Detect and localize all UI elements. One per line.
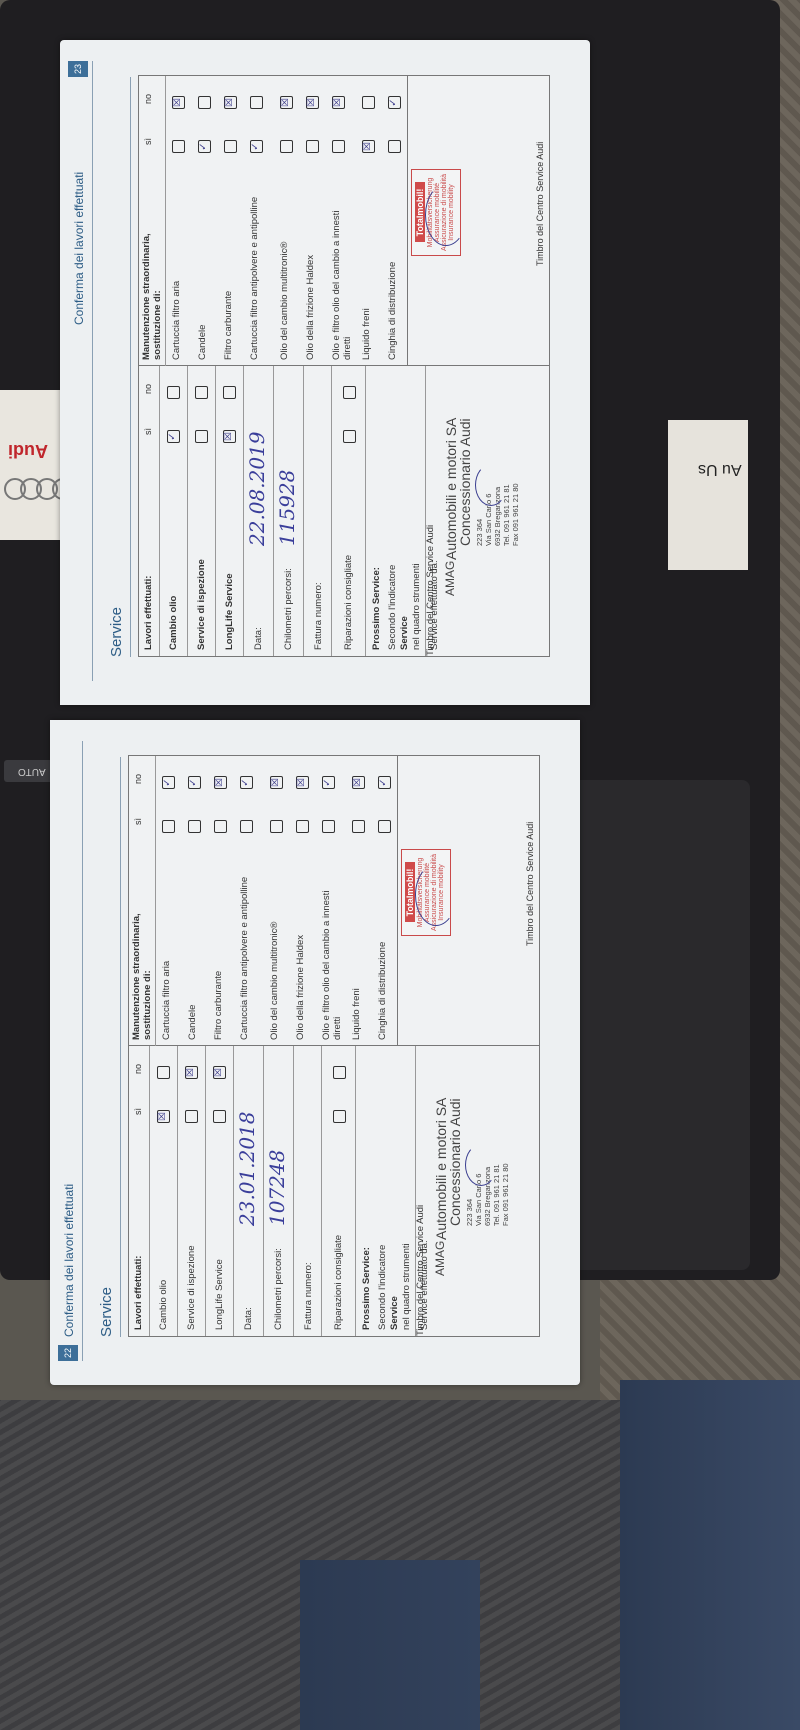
maintenance-row: Cartuccia filtro antipolvere e antipolli…	[233, 756, 263, 1046]
maintenance-row: Olio e filtro olio del cambio a innesti …	[315, 756, 345, 1046]
maintenance-column: Manutenzione straordinaria, sostituzione…	[129, 756, 539, 1046]
maintenance-label: Olio del cambio multitronic®	[269, 870, 280, 1040]
maintenance-row: Olio della frizione Haldex☒	[289, 756, 315, 1046]
si-checkbox[interactable]	[195, 430, 208, 443]
maintenance-label: Olio della frizione Haldex	[305, 190, 316, 360]
work-header-label: Lavori effettuati:	[133, 1256, 144, 1330]
repairs-label: Riparazioni consigliate	[343, 555, 354, 650]
si-checkbox[interactable]	[306, 140, 319, 153]
signature-scribble	[465, 1144, 497, 1186]
no-checkbox[interactable]: ✓	[188, 776, 201, 789]
table-header: Lavori effettuati:sìno	[129, 1046, 150, 1336]
service-stamp-area: Totalmobil!MobilitätsversicherungAssuran…	[401, 766, 469, 1036]
field-row: Chilometri percorsi:107248	[263, 1046, 294, 1336]
si-checkbox[interactable]	[352, 820, 365, 833]
field-row: Fattura numero:	[293, 1046, 322, 1336]
no-header: no	[143, 94, 153, 104]
no-checkbox[interactable]	[157, 1066, 170, 1079]
no-checkbox[interactable]	[362, 96, 375, 109]
field-row: Riparazioni consigliate	[331, 366, 366, 656]
si-checkbox[interactable]	[280, 140, 293, 153]
no-checkbox[interactable]: ✓	[240, 776, 253, 789]
no-checkbox[interactable]: ☒	[185, 1066, 198, 1079]
maintenance-label: Cartuccia filtro antipolvere e antipolli…	[249, 190, 260, 360]
maintenance-row: Candele✓	[191, 76, 217, 366]
maintenance-column: Manutenzione straordinaria, sostituzione…	[139, 76, 549, 366]
si-checkbox[interactable]: ✓	[198, 140, 211, 153]
dealer-subtitle: Concessionario Audi	[457, 418, 473, 546]
maintenance-label: Olio e filtro olio del cambio a innesti …	[331, 190, 353, 360]
maintenance-label: Filtro carburante	[223, 190, 234, 360]
mileage-value: 107248	[265, 1150, 289, 1226]
maintenance-label: Cartuccia filtro antipolvere e antipolli…	[239, 870, 250, 1040]
work-label: Service di ispezione	[196, 559, 207, 650]
stamp-divider	[397, 756, 398, 1046]
maintenance-row: Cinghia di distribuzione✓	[381, 76, 407, 366]
date-label: Data:	[253, 627, 264, 650]
service-stamp-area: Totalmobil!MobilitätsversicherungAssuran…	[411, 86, 479, 356]
service-label: Service	[389, 1296, 400, 1330]
no-checkbox[interactable]: ☒	[224, 96, 237, 109]
si-checkbox[interactable]	[240, 820, 253, 833]
service-table: Lavori effettuati:sìnoCambio olio☒Servic…	[128, 755, 540, 1337]
maintenance-row: Candele✓	[181, 756, 207, 1046]
no-checkbox[interactable]	[250, 96, 263, 109]
section-title: Service	[108, 607, 125, 657]
maintenance-row: Olio del cambio multitronic®☒	[263, 756, 289, 1046]
repairs-si-checkbox[interactable]	[333, 1110, 346, 1123]
work-label: LongLife Service	[214, 1259, 225, 1330]
work-column: Lavori effettuati:sìnoCambio olio✓Servic…	[139, 365, 549, 656]
stamp-caption: Timbro del Centro Service Audi	[525, 822, 535, 946]
section-rule	[120, 757, 121, 1337]
si-checkbox[interactable]	[172, 140, 185, 153]
no-checkbox[interactable]: ✓	[322, 776, 335, 789]
si-checkbox[interactable]	[296, 820, 309, 833]
si-checkbox[interactable]	[185, 1110, 198, 1123]
repairs-label: Riparazioni consigliate	[333, 1235, 344, 1330]
repairs-no-checkbox[interactable]	[333, 1066, 346, 1079]
maintenance-row: Cartuccia filtro antipolvere e antipolli…	[243, 76, 273, 366]
field-row: Chilometri percorsi:115928	[273, 366, 304, 656]
section-rule	[130, 77, 131, 657]
maintenance-row: Olio e filtro olio del cambio a innesti …	[325, 76, 355, 366]
work-row: Service di ispezione☒	[177, 1046, 206, 1336]
header-rule	[92, 61, 93, 681]
dealer-subtitle: Concessionario Audi	[447, 1098, 463, 1226]
si-checkbox[interactable]	[162, 820, 175, 833]
si-checkbox[interactable]	[270, 820, 283, 833]
maintenance-label: Olio del cambio multitronic®	[279, 190, 290, 360]
si-checkbox[interactable]: ✓	[250, 140, 263, 153]
work-label: LongLife Service	[224, 573, 235, 650]
si-checkbox[interactable]	[332, 140, 345, 153]
no-checkbox[interactable]: ☒	[352, 776, 365, 789]
si-checkbox[interactable]: ☒	[157, 1110, 170, 1123]
page-left: Conferma dei lavori effettuati22ServiceL…	[50, 720, 580, 1385]
mileage-value: 115928	[275, 470, 299, 546]
page-header: Conferma dei lavori effettuati	[72, 172, 86, 325]
work-row: LongLife Service☒	[205, 1046, 234, 1336]
person-leg-2	[300, 1560, 480, 1730]
page-header: Conferma dei lavori effettuati	[62, 1184, 76, 1337]
maintenance-label: Candele	[187, 870, 198, 1040]
page-right: Conferma dei lavori effettuati23ServiceL…	[60, 40, 590, 705]
work-header-label: Lavori effettuati:	[143, 576, 154, 650]
no-checkbox[interactable]	[167, 386, 180, 399]
maintenance-header-label: Manutenzione straordinaria, sostituzione…	[131, 870, 153, 1040]
maintenance-row: Olio della frizione Haldex☒	[299, 76, 325, 366]
no-checkbox[interactable]: ✓	[388, 96, 401, 109]
field-row: Data:22.08.2019	[243, 366, 274, 656]
no-checkbox[interactable]: ☒	[270, 776, 283, 789]
maintenance-header-label: Manutenzione straordinaria, sostituzione…	[141, 190, 163, 360]
table-header: Lavori effettuati:sìno	[139, 366, 160, 656]
no-checkbox[interactable]: ☒	[280, 96, 293, 109]
invoice-label: Fattura numero:	[313, 582, 324, 650]
maintenance-row: Cartuccia filtro aria☒	[165, 76, 191, 366]
work-column: Lavori effettuati:sìnoCambio olio☒Servic…	[129, 1045, 539, 1336]
maintenance-header: Manutenzione straordinaria, sostituzione…	[139, 76, 166, 366]
si-checkbox[interactable]	[188, 820, 201, 833]
repairs-si-checkbox[interactable]	[343, 430, 356, 443]
no-checkbox[interactable]: ☒	[214, 776, 227, 789]
work-row: LongLife Service☒	[215, 366, 244, 656]
no-checkbox[interactable]: ✓	[162, 776, 175, 789]
side-card: Au Us	[668, 420, 748, 570]
si-checkbox[interactable]: ☒	[223, 430, 236, 443]
si-checkbox[interactable]	[224, 140, 237, 153]
si-checkbox[interactable]: ✓	[167, 430, 180, 443]
dashboard-label: nel quadro strumenti	[401, 1243, 412, 1330]
dealer-brand: AMAG	[433, 1241, 447, 1276]
work-label: Cambio olio	[168, 596, 179, 650]
signature-scribble	[415, 864, 457, 926]
repairs-no-checkbox[interactable]	[343, 386, 356, 399]
address-line: Fax 091 961 21 80	[501, 1163, 510, 1226]
work-row: Cambio olio✓	[159, 366, 188, 656]
section-title: Service	[98, 1287, 115, 1337]
no-checkbox[interactable]: ☒	[296, 776, 309, 789]
si-checkbox[interactable]: ☒	[362, 140, 375, 153]
no-checkbox[interactable]: ☒	[213, 1066, 226, 1079]
dashboard-label: nel quadro strumenti	[411, 563, 422, 650]
si-header: sì	[133, 818, 143, 825]
field-row: Fattura numero:	[303, 366, 332, 656]
stamp-name: Totalmobil!	[415, 183, 425, 243]
service-table: Lavori effettuati:sìnoCambio olio✓Servic…	[138, 75, 550, 657]
page-number: 22	[58, 1345, 78, 1361]
no-checkbox[interactable]	[223, 386, 236, 399]
maintenance-label: Filtro carburante	[213, 870, 224, 1040]
maintenance-row: Filtro carburante☒	[207, 756, 233, 1046]
maintenance-label: Olio e filtro olio del cambio a innesti …	[321, 870, 343, 1040]
next-service-label: Prossimo Service:	[371, 567, 382, 650]
si-header: sì	[143, 138, 153, 145]
si-checkbox[interactable]	[378, 820, 391, 833]
no-checkbox[interactable]	[198, 96, 211, 109]
date-label: Data:	[243, 1307, 254, 1330]
maintenance-label: Olio della frizione Haldex	[295, 870, 306, 1040]
invoice-label: Fattura numero:	[303, 1262, 314, 1330]
work-label: Cambio olio	[158, 1280, 169, 1330]
field-row: Riparazioni consigliate	[321, 1046, 356, 1336]
maintenance-row: Liquido freni☒	[355, 76, 381, 366]
mileage-label: Chilometri percorsi:	[283, 568, 294, 650]
no-checkbox[interactable]: ☒	[306, 96, 319, 109]
stamp-divider	[407, 76, 408, 366]
maintenance-label: Cartuccia filtro aria	[171, 190, 182, 360]
maintenance-row: Cartuccia filtro aria✓	[155, 756, 181, 1046]
indicator-label: Secondo l'indicatore	[387, 565, 398, 650]
maintenance-label: Liquido freni	[361, 190, 372, 360]
indicator-label: Secondo l'indicatore	[377, 1245, 388, 1330]
stamp-caption: Timbro del Centro Service Audi	[535, 142, 545, 266]
work-row: Service di ispezione	[187, 366, 216, 656]
maintenance-row: Liquido freni☒	[345, 756, 371, 1046]
stamp-name: Totalmobil!	[405, 863, 415, 923]
maintenance-label: Cinghia di distribuzione	[377, 870, 388, 1040]
next-service-row: Prossimo Service:Secondo l'indicatoreSer…	[355, 1046, 416, 1336]
no-header: no	[133, 1064, 143, 1074]
maintenance-label: Liquido freni	[351, 870, 362, 1040]
service-label: Service	[399, 616, 410, 650]
si-checkbox[interactable]	[322, 820, 335, 833]
no-checkbox[interactable]: ☒	[332, 96, 345, 109]
si-header: sì	[133, 1108, 143, 1115]
maintenance-header: Manutenzione straordinaria, sostituzione…	[129, 756, 156, 1046]
address-line: Fax 091 961 21 80	[511, 483, 520, 546]
date-value: 22.08.2019	[245, 431, 269, 546]
maintenance-row: Cinghia di distribuzione✓	[371, 756, 397, 1046]
si-checkbox[interactable]	[388, 140, 401, 153]
next-service-label: Prossimo Service:	[361, 1247, 372, 1330]
no-checkbox[interactable]: ☒	[172, 96, 185, 109]
signature-scribble	[425, 184, 467, 246]
maintenance-label: Cinghia di distribuzione	[387, 190, 398, 360]
field-row: Data:23.01.2018	[233, 1046, 264, 1336]
no-header: no	[143, 384, 153, 394]
dealer-brand: AMAG	[443, 561, 457, 596]
next-service-row: Prossimo Service:Secondo l'indicatoreSer…	[365, 366, 426, 656]
maintenance-row: Filtro carburante☒	[217, 76, 243, 366]
performed-by-row: Service effettuato da:AMAGAutomobili e m…	[415, 1046, 539, 1336]
maintenance-label: Cartuccia filtro aria	[161, 870, 172, 1040]
work-label: Service di ispezione	[186, 1246, 197, 1331]
maintenance-row: Olio del cambio multitronic®☒	[273, 76, 299, 366]
header-rule	[82, 741, 83, 1361]
no-checkbox[interactable]: ✓	[378, 776, 391, 789]
date-value: 23.01.2018	[235, 1111, 259, 1226]
person-leg	[620, 1380, 800, 1730]
performed-by-row: Service effettuato da:AMAGAutomobili e m…	[425, 366, 549, 656]
no-header: no	[133, 774, 143, 784]
si-checkbox[interactable]	[213, 1110, 226, 1123]
mileage-label: Chilometri percorsi:	[273, 1248, 284, 1330]
maintenance-label: Candele	[197, 190, 208, 360]
no-checkbox[interactable]	[195, 386, 208, 399]
si-header: sì	[143, 428, 153, 435]
si-checkbox[interactable]	[214, 820, 227, 833]
work-row: Cambio olio☒	[149, 1046, 178, 1336]
page-number: 23	[68, 61, 88, 77]
service-booklet: Conferma dei lavori effettuati22ServiceL…	[40, 35, 610, 1385]
signature-scribble	[475, 464, 507, 506]
